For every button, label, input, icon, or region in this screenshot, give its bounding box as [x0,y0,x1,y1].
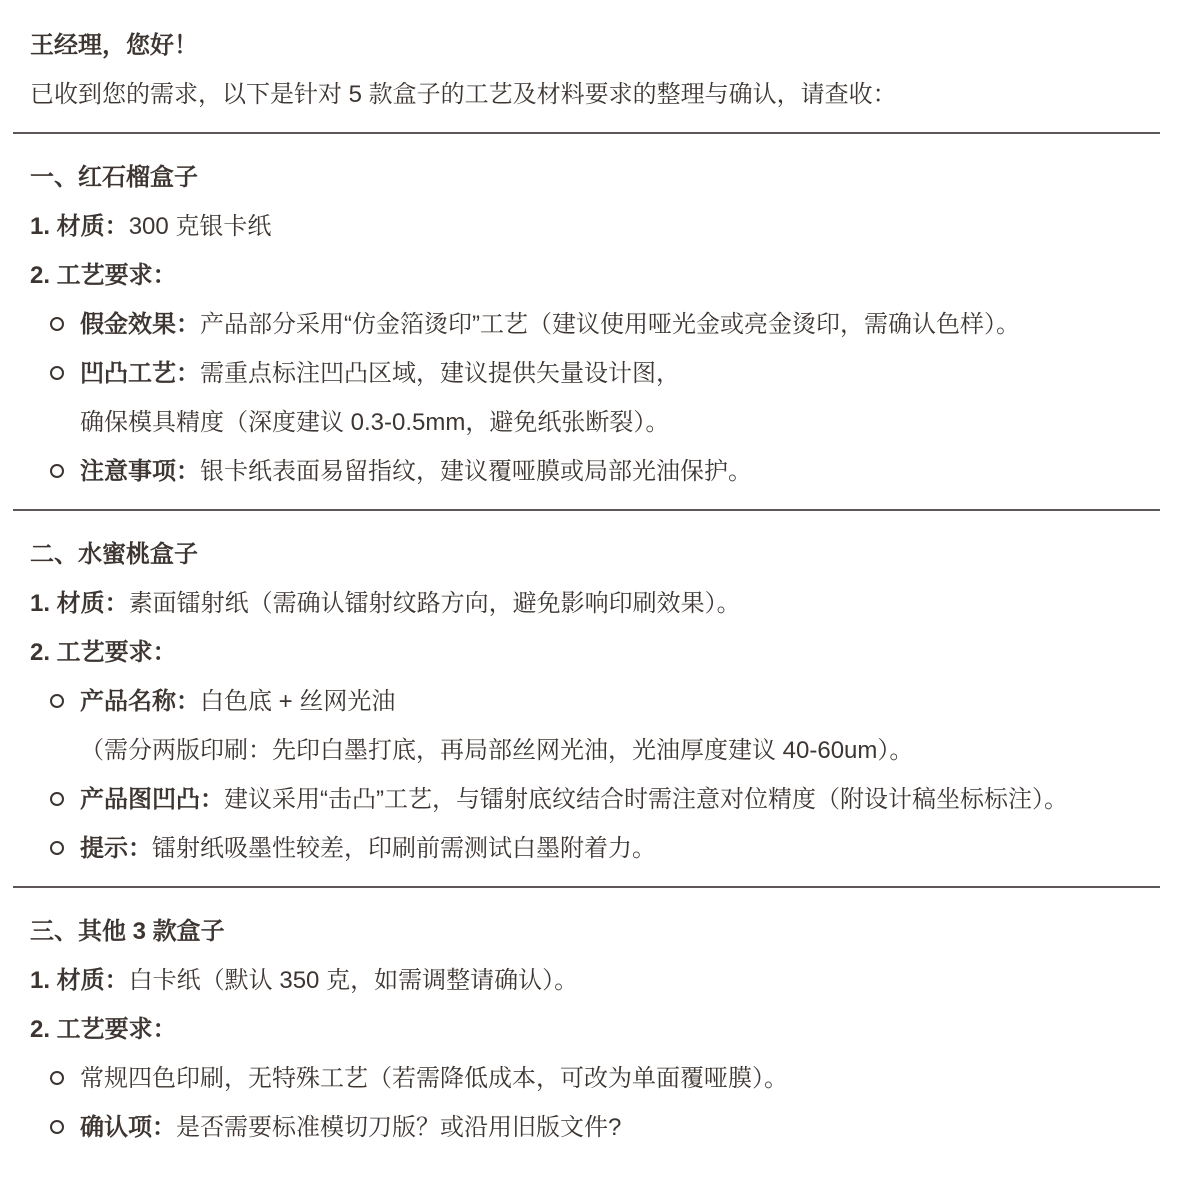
material-value: 素面镭射纸（需确认镭射纹路方向，避免影响印刷效果）。 [129,590,741,617]
bullet-confirmation-item: 确认项：是否需要标准模切刀版？或沿用旧版文件? [30,1116,1160,1140]
bullet-term: 产品图凹凸： [80,786,224,813]
process-requirements-line: 2. 工艺要求： [30,641,1160,665]
process-requirements-line: 2. 工艺要求： [30,264,1160,288]
bullet-circle-icon [50,366,64,380]
bullet-text: 需重点标注凹凸区域，建议提供矢量设计图， [200,360,680,387]
bullet-text: 白色底 + 丝网光油 [200,688,395,715]
bullet-term: 假金效果： [80,311,200,338]
bullet-continuation: 确保模具精度（深度建议 0.3-0.5mm，避免纸张断裂）。 [30,411,1160,435]
bullet-text: 是否需要标准模切刀版？或沿用旧版文件? [176,1114,621,1141]
process-label: 2. 工艺要求： [30,262,177,289]
bullet-circle-icon [50,694,64,708]
bullet-text: 镭射纸吸墨性较差，印刷前需测试白墨附着力。 [152,835,656,862]
material-value: 300 克银卡纸 [129,213,272,240]
bullet-precautions: 注意事项：银卡纸表面易留指纹，建议覆哑膜或局部光油保护。 [30,460,1160,484]
intro-text: 已收到您的需求，以下是针对 5 款盒子的工艺及材料要求的整理与确认，请查收： [30,83,1160,107]
section-peach-box: 二、水蜜桃盒子 1. 材质：素面镭射纸（需确认镭射纹路方向，避免影响印刷效果）。… [30,543,1160,861]
process-requirements-line: 2. 工艺要求： [30,1018,1160,1042]
bullet-circle-icon [50,792,64,806]
material-label: 1. 材质： [30,213,129,240]
section-divider [13,132,1160,134]
bullet-circle-icon [50,1071,64,1085]
bullet-text: 银卡纸表面易留指纹，建议覆哑膜或局部光油保护。 [200,458,752,485]
material-line: 1. 材质：300 克银卡纸 [30,215,1160,239]
message-document: 王经理，您好！ 已收到您的需求，以下是针对 5 款盒子的工艺及材料要求的整理与确… [0,0,1181,1183]
material-value: 白卡纸（默认 350 克，如需调整请确认）。 [129,967,578,994]
material-line: 1. 材质：素面镭射纸（需确认镭射纹路方向，避免影响印刷效果）。 [30,592,1160,616]
material-label: 1. 材质： [30,590,129,617]
bullet-continuation: （需分两版印刷：先印白墨打底，再局部丝网光油，光油厚度建议 40-60um）。 [30,739,1160,763]
bullet-circle-icon [50,317,64,331]
greeting: 王经理，您好！ [30,34,1160,58]
bullet-text: 常规四色印刷，无特殊工艺（若需降低成本，可改为单面覆哑膜）。 [80,1065,788,1092]
bullet-text: 产品部分采用“仿金箔烫印”工艺（建议使用哑光金或亮金烫印，需确认色样）。 [200,311,1020,338]
bullet-term: 凹凸工艺： [80,360,200,387]
section-title: 三、其他 3 款盒子 [30,920,1160,944]
section-other-boxes: 三、其他 3 款盒子 1. 材质：白卡纸（默认 350 克，如需调整请确认）。 … [30,920,1160,1140]
bullet-product-image-emboss: 产品图凹凸：建议采用“击凸”工艺，与镭射底纹结合时需注意对位精度（附设计稿坐标标… [30,788,1160,812]
bullet-emboss-process: 凹凸工艺：需重点标注凹凸区域，建议提供矢量设计图， [30,362,1160,386]
material-label: 1. 材质： [30,967,129,994]
bullet-term: 确认项： [80,1114,176,1141]
material-line: 1. 材质：白卡纸（默认 350 克，如需调整请确认）。 [30,969,1160,993]
section-pomegranate-box: 一、红石榴盒子 1. 材质：300 克银卡纸 2. 工艺要求： 假金效果：产品部… [30,166,1160,484]
bullet-term: 提示： [80,835,152,862]
section-title: 一、红石榴盒子 [30,166,1160,190]
bullet-tip: 提示：镭射纸吸墨性较差，印刷前需测试白墨附着力。 [30,837,1160,861]
bullet-circle-icon [50,1120,64,1134]
bullet-circle-icon [50,841,64,855]
section-divider [13,509,1160,511]
bullet-term: 注意事项： [80,458,200,485]
bullet-term: 产品名称： [80,688,200,715]
bullet-standard-printing: 常规四色印刷，无特殊工艺（若需降低成本，可改为单面覆哑膜）。 [30,1067,1160,1091]
section-title: 二、水蜜桃盒子 [30,543,1160,567]
process-label: 2. 工艺要求： [30,1016,177,1043]
section-divider [13,886,1160,888]
bullet-product-name: 产品名称：白色底 + 丝网光油 [30,690,1160,714]
bullet-text: 建议采用“击凸”工艺，与镭射底纹结合时需注意对位精度（附设计稿坐标标注）。 [224,786,1068,813]
process-label: 2. 工艺要求： [30,639,177,666]
bullet-circle-icon [50,464,64,478]
bullet-fake-gold: 假金效果：产品部分采用“仿金箔烫印”工艺（建议使用哑光金或亮金烫印，需确认色样）… [30,313,1160,337]
